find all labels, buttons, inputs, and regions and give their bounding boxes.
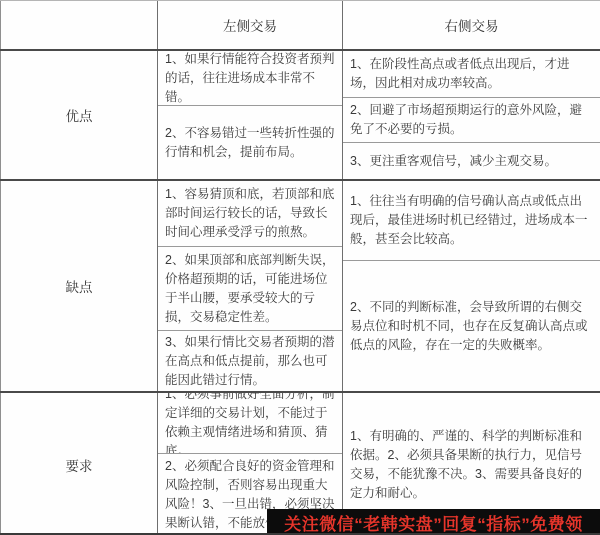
row-label-advantages: 优点 [0,51,158,179]
advantages-left-column: 1、如果行情能符合投资者预判的话，往往进场成本非常不错。 2、不容易错过一些转折… [158,51,343,179]
header-left-trading-label: 左侧交易 [158,1,342,49]
table-cell: 3、如果行情比交易者预期的潜在高点和低点提前，那么也可能因此错过行情。 [158,331,342,391]
cell-text: 1、往往当有明确的信号确认高点或低点出现后，最佳进场时机已经错过，进场成本一般，… [350,192,594,249]
header-right-trading-label: 右侧交易 [343,1,600,49]
table-cell: 1、容易猜顶和底，若顶部和底部时间运行较长的话，导致长时间心理承受浮亏的煎熬。 [158,181,342,247]
table-cell: 1、必须事前做好全面分析，制定详细的交易计划，不能过于依赖主观情绪进场和猜顶、猜… [158,393,342,454]
cell-text: 1、在阶段性高点或者低点出现后，才进场，因此相对成功率较高。 [350,55,594,93]
header-corner-cell [0,1,158,49]
table-header-row: 左侧交易 右侧交易 [0,1,600,49]
cell-text: 1、有明确的、严谨的、科学的判断标准和依据。2、必须具备果断的执行力，见信号交易… [350,427,594,503]
row-disadvantages: 缺点 1、容易猜顶和底，若顶部和底部时间运行较长的话，导致长时间心理承受浮亏的煎… [0,179,600,391]
table-cell: 2、如果顶部和底部判断失误，价格超预期的话，可能进场位于半山腰，要承受较大的亏损… [158,247,342,331]
advantages-right-column: 1、在阶段性高点或者低点出现后，才进场，因此相对成功率较高。 2、回避了市场超预… [343,51,600,179]
row-label-disadvantages: 缺点 [0,181,158,391]
wechat-watermark-banner: 关注微信“老韩实盘”回复“指标”免费领 [267,509,600,535]
wechat-watermark-text: 关注微信“老韩实盘”回复“指标”免费领 [284,510,583,535]
cell-text: 1、如果行情能符合投资者预判的话，往往进场成本非常不错。 [165,51,336,106]
table-cell: 2、回避了市场超预期运行的意外风险，避免了不必要的亏损。 [343,98,600,143]
cell-text: 2、回避了市场超预期运行的意外风险，避免了不必要的亏损。 [350,101,594,139]
cell-text: 2、如果顶部和底部判断失误，价格超预期的话，可能进场位于半山腰，要承受较大的亏损… [165,251,336,327]
table-cell: 3、更注重客观信号，减少主观交易。 [343,143,600,179]
header-right-trading: 右侧交易 [343,1,600,49]
table-cell: 1、在阶段性高点或者低点出现后，才进场，因此相对成功率较高。 [343,51,600,98]
header-left-trading: 左侧交易 [158,1,343,49]
table-cell: 1、往往当有明确的信号确认高点或低点出现后，最佳进场时机已经错过，进场成本一般，… [343,181,600,261]
table-cell: 2、不容易错过一些转折性强的行情和机会，提前布局。 [158,106,342,179]
table-cell: 1、如果行情能符合投资者预判的话，往往进场成本非常不错。 [158,51,342,106]
disadvantages-right-column: 1、往往当有明确的信号确认高点或低点出现后，最佳进场时机已经错过，进场成本一般，… [343,181,600,391]
cell-text: 1、容易猜顶和底，若顶部和底部时间运行较长的话，导致长时间心理承受浮亏的煎熬。 [165,185,336,242]
table-cell: 2、不同的判断标准，会导致所谓的右侧交易点位和时机不同，也存在反复确认高点或低点… [343,261,600,391]
cell-text: 3、如果行情比交易者预期的潜在高点和低点提前，那么也可能因此错过行情。 [165,333,336,390]
disadvantages-left-column: 1、容易猜顶和底，若顶部和底部时间运行较长的话，导致长时间心理承受浮亏的煎熬。 … [158,181,343,391]
row-advantages: 优点 1、如果行情能符合投资者预判的话，往往进场成本非常不错。 2、不容易错过一… [0,49,600,179]
cell-text: 3、更注重客观信号，减少主观交易。 [350,152,557,171]
trading-comparison-table: 左侧交易 右侧交易 优点 1、如果行情能符合投资者预判的话，往往进场成本非常不错… [0,1,600,535]
comparison-table-page: 左侧交易 右侧交易 优点 1、如果行情能符合投资者预判的话，往往进场成本非常不错… [0,0,600,535]
cell-text: 2、不同的判断标准，会导致所谓的右侧交易点位和时机不同，也存在反复确认高点或低点… [350,298,594,355]
row-label-requirements: 要求 [0,393,158,535]
cell-text: 2、不容易错过一些转折性强的行情和机会，提前布局。 [165,124,336,162]
cell-text: 1、必须事前做好全面分析，制定详细的交易计划，不能过于依赖主观情绪进场和猜顶、猜… [165,393,336,454]
